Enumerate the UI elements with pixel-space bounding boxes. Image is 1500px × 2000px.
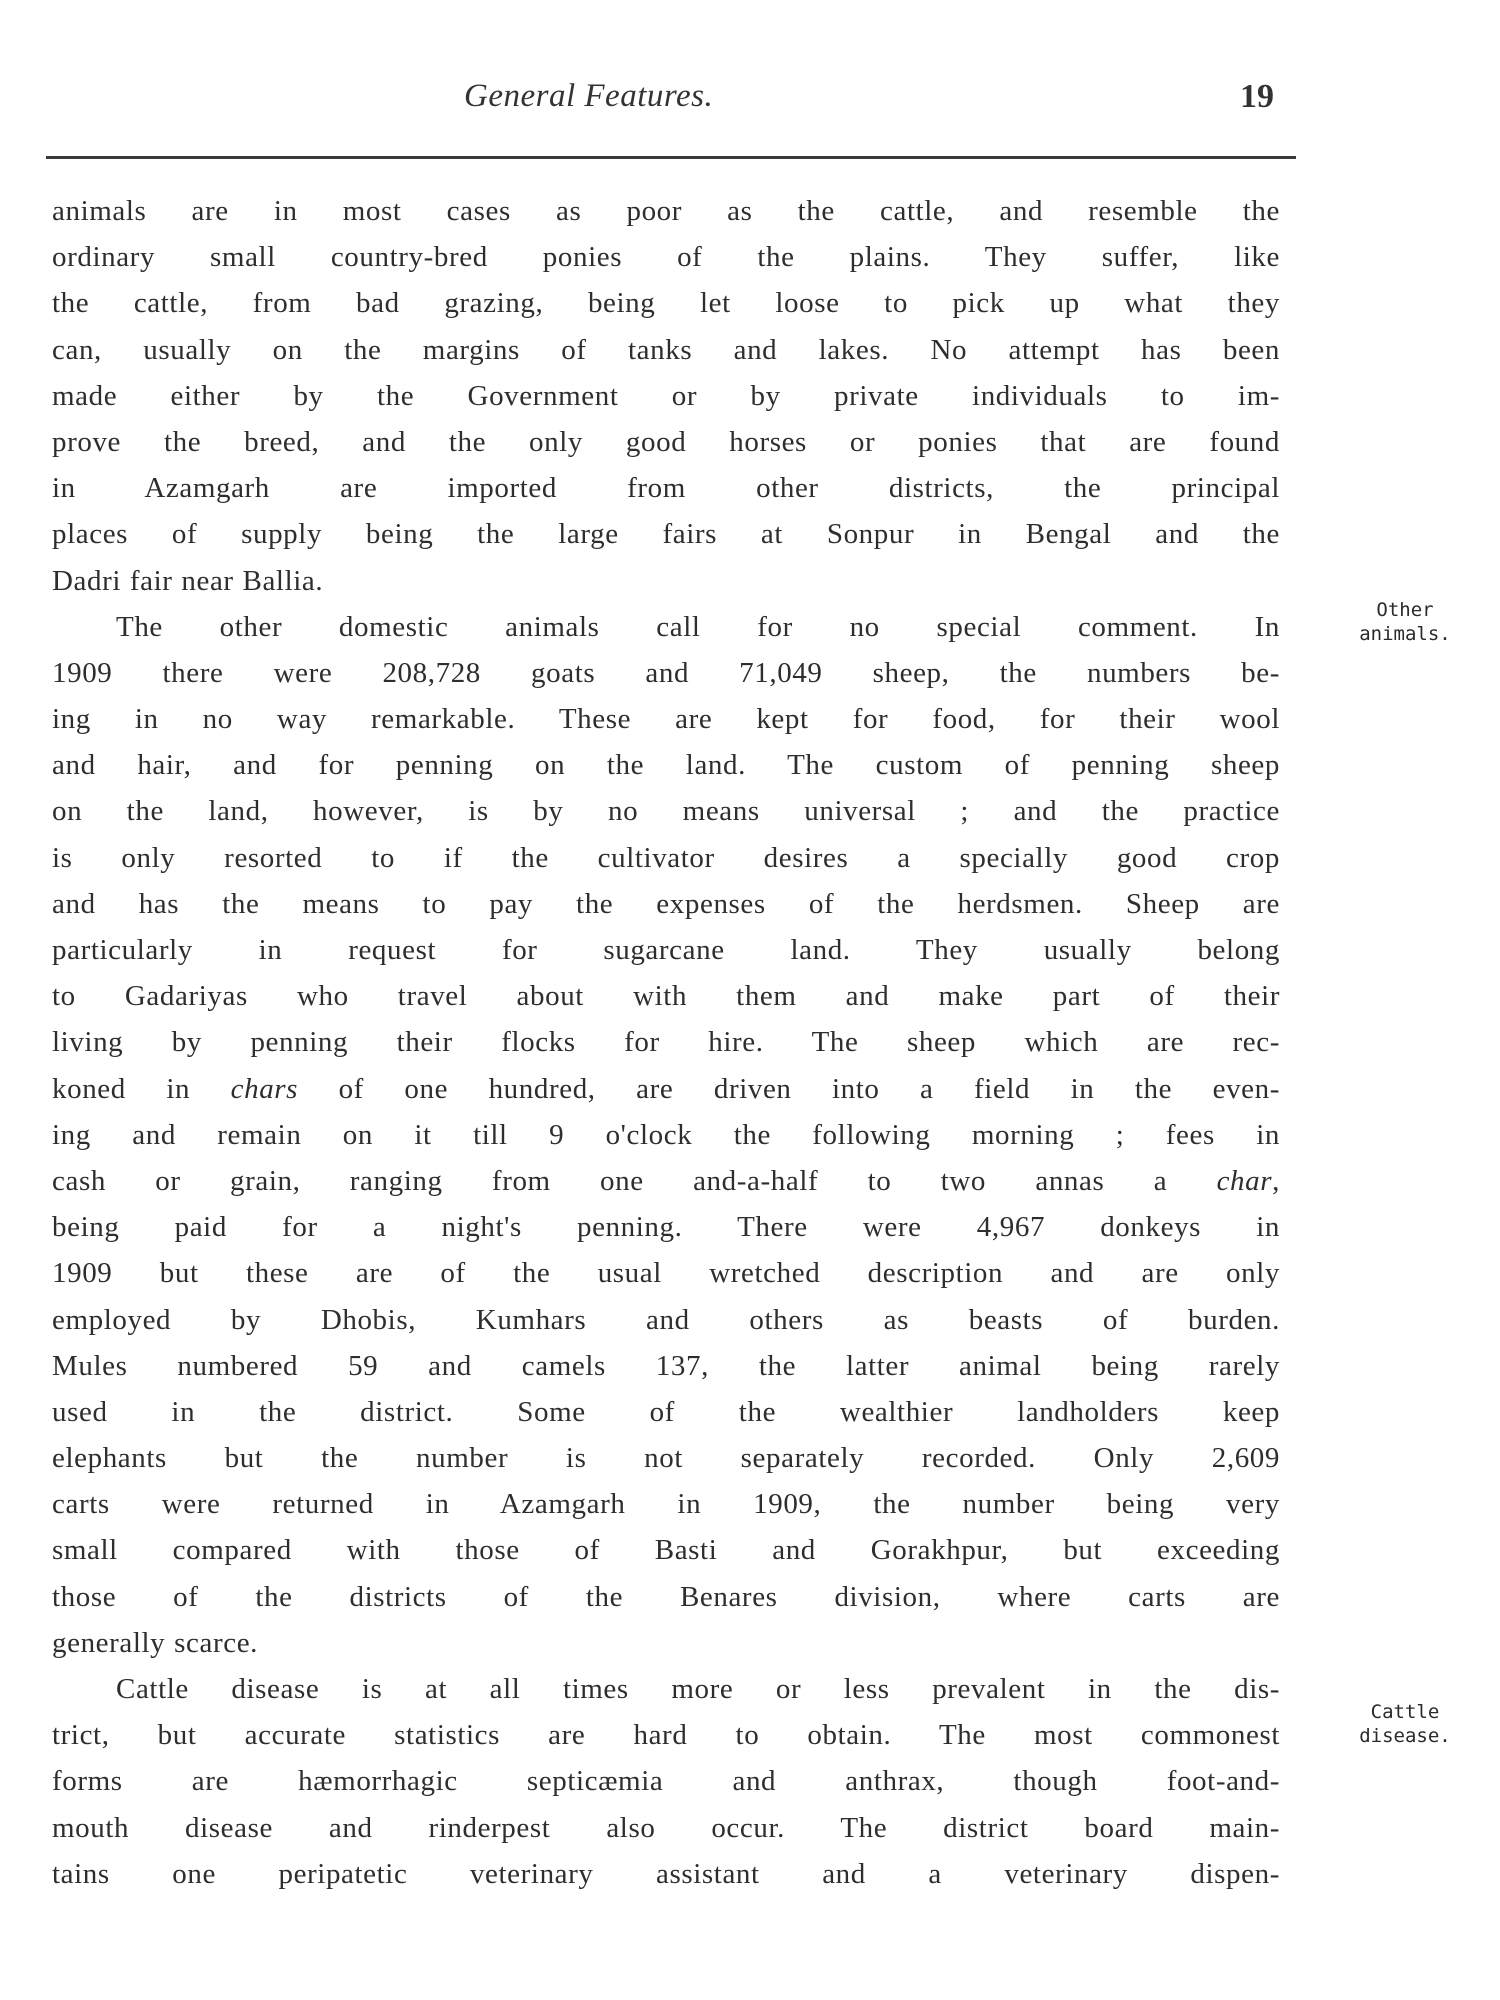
paragraph: The other domestic animals call for no s…	[52, 604, 1280, 1666]
text-line: elephants but the number is not separate…	[52, 1435, 1280, 1481]
text-line: Dadri fair near Ballia.	[52, 558, 1280, 604]
text-line: can, usually on the margins of tanks and…	[52, 327, 1280, 373]
text-line: Cattle disease is at all times more or l…	[52, 1666, 1280, 1712]
text-line: to Gadariyas who travel about with them …	[52, 973, 1280, 1019]
text-line: mouth disease and rinderpest also occur.…	[52, 1805, 1280, 1851]
text-line: Mules numbered 59 and camels 137, the la…	[52, 1343, 1280, 1389]
text-line: ing and remain on it till 9 o'clock the …	[52, 1112, 1280, 1158]
text-line: and has the means to pay the expenses of…	[52, 881, 1280, 927]
page-number: 19	[1240, 78, 1274, 116]
text-line: ordinary small country-bred ponies of th…	[52, 234, 1280, 280]
text-line: particularly in request for sugarcane la…	[52, 927, 1280, 973]
text-line: 1909 but these are of the usual wretched…	[52, 1250, 1280, 1296]
margin-note-line: Other	[1340, 598, 1470, 622]
running-title: General Features.	[464, 78, 713, 115]
text-line: trict, but accurate statistics are hard …	[52, 1712, 1280, 1758]
text-line: animals are in most cases as poor as the…	[52, 188, 1280, 234]
text-line: is only resorted to if the cultivator de…	[52, 835, 1280, 881]
text-line: ing in no way remarkable. These are kept…	[52, 696, 1280, 742]
text-line: 1909 there were 208,728 goats and 71,049…	[52, 650, 1280, 696]
text-line: used in the district. Some of the wealth…	[52, 1389, 1280, 1435]
margin-note-line: animals.	[1340, 622, 1470, 646]
paragraph: Cattle disease is at all times more or l…	[52, 1666, 1280, 1897]
margin-note-line: disease.	[1340, 1724, 1470, 1748]
text-line: tains one peripatetic veterinary assista…	[52, 1851, 1280, 1897]
text-line: employed by Dhobis, Kumhars and others a…	[52, 1297, 1280, 1343]
paragraph: animals are in most cases as poor as the…	[52, 188, 1280, 604]
text-line: made either by the Government or by priv…	[52, 373, 1280, 419]
text-line: The other domestic animals call for no s…	[52, 604, 1280, 650]
text-line: forms are hæmorrhagic septicæmia and ant…	[52, 1758, 1280, 1804]
italic-term: char	[1217, 1165, 1273, 1197]
italic-term: chars	[231, 1073, 298, 1105]
text-line: places of supply being the large fairs a…	[52, 511, 1280, 557]
text-line: being paid for a night's penning. There …	[52, 1204, 1280, 1250]
header-rule	[46, 156, 1296, 159]
text-line: on the land, however, is by no means uni…	[52, 788, 1280, 834]
margin-note-line: Cattle	[1340, 1700, 1470, 1724]
text-line: and hair, and for penning on the land. T…	[52, 742, 1280, 788]
body-text: animals are in most cases as poor as the…	[52, 188, 1280, 1897]
text-line: the cattle, from bad grazing, being let …	[52, 280, 1280, 326]
margin-note-cattle-disease: Cattle disease.	[1340, 1700, 1470, 1748]
text-line: in Azamgarh are imported from other dist…	[52, 465, 1280, 511]
text-line: carts were returned in Azamgarh in 1909,…	[52, 1481, 1280, 1527]
margin-note-other-animals: Other animals.	[1340, 598, 1470, 646]
text-line: those of the districts of the Benares di…	[52, 1574, 1280, 1620]
text-line: small compared with those of Basti and G…	[52, 1527, 1280, 1573]
text-line: living by penning their flocks for hire.…	[52, 1019, 1280, 1065]
text-line: prove the breed, and the only good horse…	[52, 419, 1280, 465]
running-header: General Features. 19	[46, 78, 1294, 118]
text-line: generally scarce.	[52, 1620, 1280, 1666]
text-line: cash or grain, ranging from one and-a-ha…	[52, 1158, 1280, 1204]
text-line: koned in chars of one hundred, are drive…	[52, 1066, 1280, 1112]
